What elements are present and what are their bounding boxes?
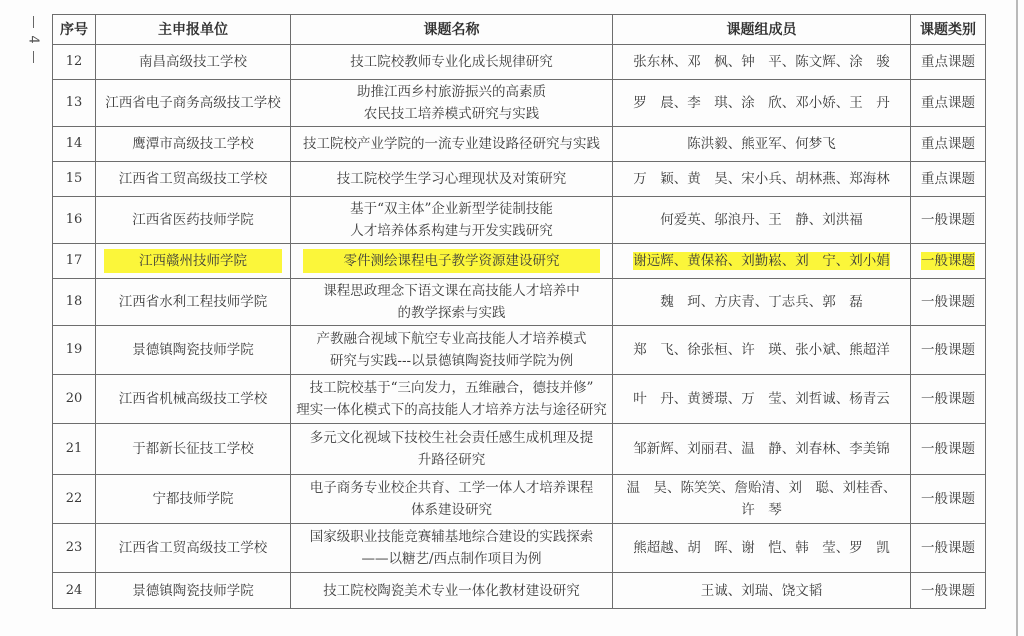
header-members: 课题组成员 — [613, 15, 911, 45]
category-value: 一般课题 — [921, 294, 975, 310]
cell-members: 魏 珂、方庆青、丁志兵、郭 磊 — [613, 279, 911, 326]
page-number-dash-top — [33, 16, 34, 28]
members-line: 郑 飞、徐张桓、许 瑛、张小斌、熊超洋 — [615, 339, 908, 361]
cell-members: 万 颖、黄 昊、宋小兵、胡林燕、郑海林 — [613, 162, 911, 197]
unit-name: 宁都技师学院 — [153, 491, 234, 507]
cell-members: 张东林、邓 枫、钟 平、陈文辉、涂 骏 — [613, 45, 911, 80]
cell-seq: 12 — [53, 45, 96, 80]
seq-value: 19 — [66, 342, 83, 357]
topic-line: 研究与实践---以景德镇陶瓷技师学院为例 — [293, 350, 610, 372]
seq-value: 13 — [66, 95, 83, 110]
cell-seq: 21 — [53, 424, 96, 475]
cell-members: 何爱英、邬浪丹、王 静、刘洪福 — [613, 197, 911, 244]
seq-value: 20 — [66, 391, 83, 406]
seq-value: 17 — [66, 253, 83, 268]
cell-seq: 24 — [53, 573, 96, 609]
seq-value: 16 — [66, 212, 83, 227]
cell-topic: 助推江西乡村旅游振兴的高素质农民技工培养模式研究与实践 — [291, 80, 613, 127]
members-line: 温 昊、陈笑笑、詹贻清、刘 聪、刘桂香、 — [615, 477, 908, 499]
header-seq: 序号 — [53, 15, 96, 45]
seq-value: 12 — [66, 54, 83, 69]
cell-unit: 江西省工贸高级技工学校 — [96, 162, 291, 197]
seq-value: 23 — [66, 540, 83, 555]
cell-category: 一般课题 — [911, 326, 986, 375]
members-line: 万 颖、黄 昊、宋小兵、胡林燕、郑海林 — [615, 168, 908, 190]
cell-topic: 技工院校陶瓷美术专业一体化教材建设研究 — [291, 573, 613, 609]
cell-unit: 江西省医药技师学院 — [96, 197, 291, 244]
cell-members: 叶 丹、黄赟璟、万 莹、刘哲诚、杨青云 — [613, 375, 911, 424]
cell-category: 一般课题 — [911, 375, 986, 424]
topic-line: 电子商务专业校企共育、工学一体人才培养课程 — [293, 477, 610, 499]
topic-line: 技工院校教师专业化成长规律研究 — [293, 51, 610, 73]
members-line: 王诚、刘瑞、饶文韬 — [615, 580, 908, 602]
cell-seq: 14 — [53, 127, 96, 162]
cell-topic: 产教融合视域下航空专业高技能人才培养模式研究与实践---以景德镇陶瓷技师学院为例 — [291, 326, 613, 375]
topic-line: 零件测绘课程电子教学资源建设研究 — [303, 249, 601, 273]
seq-value: 14 — [66, 136, 83, 151]
table-row: 13江西省电子商务高级技工学校助推江西乡村旅游振兴的高素质农民技工培养模式研究与… — [53, 80, 986, 127]
header-unit: 主申报单位 — [96, 15, 291, 45]
topic-line: 人才培养体系构建与开发实践研究 — [293, 220, 610, 242]
category-value: 一般课题 — [921, 342, 975, 358]
unit-name: 于都新长征技工学校 — [132, 441, 254, 457]
topic-line: 技工院校陶瓷美术专业一体化教材建设研究 — [293, 580, 610, 602]
members-line: 何爱英、邬浪丹、王 静、刘洪福 — [615, 209, 908, 231]
unit-name: 江西省工贸高级技工学校 — [119, 540, 268, 556]
cell-topic: 技工院校产业学院的一流专业建设路径研究与实践 — [291, 127, 613, 162]
table-row: 15江西省工贸高级技工学校技工院校学生学习心理现状及对策研究万 颖、黄 昊、宋小… — [53, 162, 986, 197]
cell-topic: 基于“双主体”企业新型学徒制技能人才培养体系构建与开发实践研究 — [291, 197, 613, 244]
category-value: 重点课题 — [921, 54, 975, 70]
cell-unit: 江西省电子商务高级技工学校 — [96, 80, 291, 127]
cell-seq: 18 — [53, 279, 96, 326]
topic-line: 理实一体化模式下的高技能人才培养方法与途径研究 — [293, 399, 610, 421]
members-line: 罗 晨、李 琪、涂 欣、邓小娇、王 丹 — [615, 92, 908, 114]
header-topic: 课题名称 — [291, 15, 613, 45]
cell-seq: 13 — [53, 80, 96, 127]
cell-members: 陈洪毅、熊亚军、何梦飞 — [613, 127, 911, 162]
unit-name: 江西省工贸高级技工学校 — [119, 171, 268, 187]
table-header-row: 序号 主申报单位 课题名称 课题组成员 课题类别 — [53, 15, 986, 45]
table-row: 19景德镇陶瓷技师学院产教融合视域下航空专业高技能人才培养模式研究与实践---以… — [53, 326, 986, 375]
topic-line: 体系建设研究 — [293, 499, 610, 521]
category-value: 一般课题 — [921, 212, 975, 228]
cell-members: 温 昊、陈笑笑、詹贻清、刘 聪、刘桂香、许 琴 — [613, 475, 911, 524]
category-value: 一般课题 — [921, 441, 975, 457]
topic-line: 升路径研究 — [293, 449, 610, 471]
cell-category: 一般课题 — [911, 244, 986, 279]
category-value: 一般课题 — [921, 491, 975, 507]
cell-unit: 南昌高级技工学校 — [96, 45, 291, 80]
table-row: 16江西省医药技师学院基于“双主体”企业新型学徒制技能人才培养体系构建与开发实践… — [53, 197, 986, 244]
topic-line: 技工院校基于“三向发力，五维融合，德技并修” — [293, 377, 610, 399]
category-value: 重点课题 — [921, 171, 975, 187]
page-number: 4 — [26, 14, 40, 65]
cell-members: 罗 晨、李 琪、涂 欣、邓小娇、王 丹 — [613, 80, 911, 127]
category-value: 一般课题 — [921, 252, 975, 270]
cell-seq: 19 — [53, 326, 96, 375]
cell-seq: 20 — [53, 375, 96, 424]
unit-name: 江西省医药技师学院 — [132, 212, 254, 228]
members-line: 熊超越、胡 晖、谢 恺、韩 莹、罗 凯 — [615, 537, 908, 559]
table-row: 18江西省水利工程技师学院课程思政理念下语文课在高技能人才培养中的教学探索与实践… — [53, 279, 986, 326]
cell-topic: 技工院校教师专业化成长规律研究 — [291, 45, 613, 80]
seq-value: 22 — [66, 491, 83, 506]
table-row: 21于都新长征技工学校多元文化视域下技校生社会责任感生成机理及提升路径研究邹新辉… — [53, 424, 986, 475]
cell-unit: 江西赣州技师学院 — [96, 244, 291, 279]
seq-value: 24 — [66, 583, 83, 598]
unit-name: 南昌高级技工学校 — [139, 54, 247, 70]
cell-members: 熊超越、胡 晖、谢 恺、韩 莹、罗 凯 — [613, 524, 911, 573]
unit-name: 江西省电子商务高级技工学校 — [105, 95, 281, 111]
topic-line: 国家级职业技能竞赛辅基地综合建设的实践探索 — [293, 526, 610, 548]
seq-value: 21 — [66, 441, 83, 456]
members-line: 叶 丹、黄赟璟、万 莹、刘哲诚、杨青云 — [615, 388, 908, 410]
page-edge-divider — [1016, 0, 1018, 636]
cell-topic: 多元文化视域下技校生社会责任感生成机理及提升路径研究 — [291, 424, 613, 475]
category-value: 一般课题 — [921, 391, 975, 407]
cell-category: 一般课题 — [911, 524, 986, 573]
cell-unit: 景德镇陶瓷技师学院 — [96, 326, 291, 375]
table-row: 17江西赣州技师学院零件测绘课程电子教学资源建设研究谢远辉、黄保裕、刘勤崧、刘 … — [53, 244, 986, 279]
cell-unit: 江西省工贸高级技工学校 — [96, 524, 291, 573]
seq-value: 18 — [66, 294, 83, 309]
members-line: 魏 珂、方庆青、丁志兵、郭 磊 — [615, 291, 908, 313]
topic-line: 多元文化视域下技校生社会责任感生成机理及提 — [293, 427, 610, 449]
cell-category: 重点课题 — [911, 45, 986, 80]
cell-seq: 23 — [53, 524, 96, 573]
cell-category: 一般课题 — [911, 279, 986, 326]
members-line: 谢远辉、黄保裕、刘勤崧、刘 宁、刘小娟 — [633, 252, 890, 270]
cell-unit: 宁都技师学院 — [96, 475, 291, 524]
members-line: 邹新辉、刘丽君、温 静、刘春林、李美锦 — [615, 438, 908, 460]
cell-category: 一般课题 — [911, 197, 986, 244]
topic-line: 助推江西乡村旅游振兴的高素质 — [293, 81, 610, 103]
page-number-dash-bottom — [33, 51, 34, 63]
cell-unit: 江西省水利工程技师学院 — [96, 279, 291, 326]
unit-name: 江西省机械高级技工学校 — [119, 391, 268, 407]
cell-category: 一般课题 — [911, 573, 986, 609]
cell-category: 一般课题 — [911, 475, 986, 524]
seq-value: 15 — [66, 171, 83, 186]
cell-seq: 16 — [53, 197, 96, 244]
category-value: 一般课题 — [921, 583, 975, 599]
cell-seq: 15 — [53, 162, 96, 197]
page-number-value: 4 — [27, 35, 40, 43]
unit-name: 景德镇陶瓷技师学院 — [132, 583, 254, 599]
cell-topic: 电子商务专业校企共育、工学一体人才培养课程体系建设研究 — [291, 475, 613, 524]
category-value: 一般课题 — [921, 540, 975, 556]
table-row: 20江西省机械高级技工学校技工院校基于“三向发力，五维融合，德技并修”理实一体化… — [53, 375, 986, 424]
unit-name: 江西省水利工程技师学院 — [119, 294, 268, 310]
cell-unit: 鹰潭市高级技工学校 — [96, 127, 291, 162]
cell-topic: 课程思政理念下语文课在高技能人才培养中的教学探索与实践 — [291, 279, 613, 326]
cell-topic: 技工院校基于“三向发力，五维融合，德技并修”理实一体化模式下的高技能人才培养方法… — [291, 375, 613, 424]
cell-category: 重点课题 — [911, 80, 986, 127]
unit-name: 景德镇陶瓷技师学院 — [132, 342, 254, 358]
table-row: 23江西省工贸高级技工学校国家级职业技能竞赛辅基地综合建设的实践探索——以糖艺/… — [53, 524, 986, 573]
topic-line: 的教学探索与实践 — [293, 302, 610, 324]
topic-line: 基于“双主体”企业新型学徒制技能 — [293, 198, 610, 220]
cell-topic: 国家级职业技能竞赛辅基地综合建设的实践探索——以糖艺/西点制作项目为例 — [291, 524, 613, 573]
category-value: 重点课题 — [921, 95, 975, 111]
project-table: 序号 主申报单位 课题名称 课题组成员 课题类别 12南昌高级技工学校技工院校教… — [52, 14, 986, 609]
topic-line: ——以糖艺/西点制作项目为例 — [293, 548, 610, 570]
cell-category: 重点课题 — [911, 127, 986, 162]
category-value: 重点课题 — [921, 136, 975, 152]
cell-category: 一般课题 — [911, 424, 986, 475]
cell-seq: 17 — [53, 244, 96, 279]
cell-members: 郑 飞、徐张桓、许 瑛、张小斌、熊超洋 — [613, 326, 911, 375]
cell-unit: 景德镇陶瓷技师学院 — [96, 573, 291, 609]
cell-topic: 零件测绘课程电子教学资源建设研究 — [291, 244, 613, 279]
table-row: 12南昌高级技工学校技工院校教师专业化成长规律研究张东林、邓 枫、钟 平、陈文辉… — [53, 45, 986, 80]
table-row: 14鹰潭市高级技工学校技工院校产业学院的一流专业建设路径研究与实践陈洪毅、熊亚军… — [53, 127, 986, 162]
cell-seq: 22 — [53, 475, 96, 524]
members-line: 许 琴 — [615, 499, 908, 521]
cell-members: 王诚、刘瑞、饶文韬 — [613, 573, 911, 609]
topic-line: 农民技工培养模式研究与实践 — [293, 103, 610, 125]
cell-category: 重点课题 — [911, 162, 986, 197]
topic-line: 课程思政理念下语文课在高技能人才培养中 — [293, 280, 610, 302]
header-category: 课题类别 — [911, 15, 986, 45]
topic-line: 技工院校产业学院的一流专业建设路径研究与实践 — [293, 133, 610, 155]
cell-unit: 于都新长征技工学校 — [96, 424, 291, 475]
cell-topic: 技工院校学生学习心理现状及对策研究 — [291, 162, 613, 197]
topic-line: 产教融合视域下航空专业高技能人才培养模式 — [293, 328, 610, 350]
unit-name: 鹰潭市高级技工学校 — [132, 136, 254, 152]
table-row: 24景德镇陶瓷技师学院技工院校陶瓷美术专业一体化教材建设研究王诚、刘瑞、饶文韬一… — [53, 573, 986, 609]
table-row: 22宁都技师学院电子商务专业校企共育、工学一体人才培养课程体系建设研究温 昊、陈… — [53, 475, 986, 524]
members-line: 张东林、邓 枫、钟 平、陈文辉、涂 骏 — [615, 51, 908, 73]
cell-unit: 江西省机械高级技工学校 — [96, 375, 291, 424]
unit-name: 江西赣州技师学院 — [104, 249, 283, 273]
cell-members: 谢远辉、黄保裕、刘勤崧、刘 宁、刘小娟 — [613, 244, 911, 279]
cell-members: 邹新辉、刘丽君、温 静、刘春林、李美锦 — [613, 424, 911, 475]
topic-line: 技工院校学生学习心理现状及对策研究 — [293, 168, 610, 190]
members-line: 陈洪毅、熊亚军、何梦飞 — [615, 133, 908, 155]
